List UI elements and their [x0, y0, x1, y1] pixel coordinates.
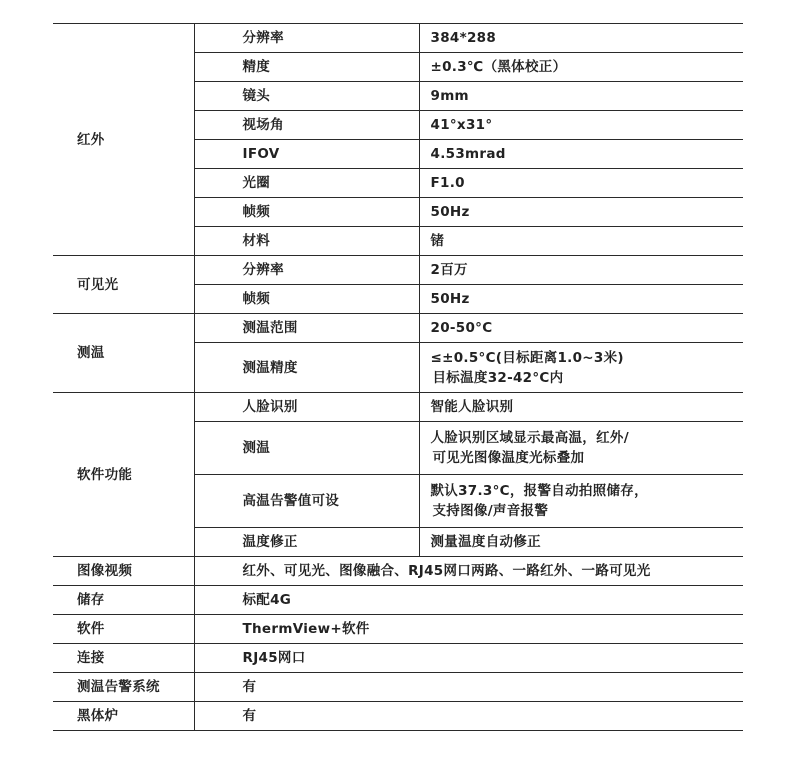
- category-blackbody: 黑体炉: [53, 702, 194, 731]
- table-row: 储存 标配4G: [53, 586, 743, 615]
- param-label: 视场角: [194, 111, 419, 140]
- param-value: 默认37.3°C，报警自动拍照储存， 支持图像/声音报警: [419, 475, 743, 528]
- category-storage: 储存: [53, 586, 194, 615]
- param-label: 精度: [194, 53, 419, 82]
- value-line-2: 可见光图像温度光标叠加: [431, 448, 744, 468]
- table-row: 软件 ThermView+软件: [53, 615, 743, 644]
- param-label: 帧频: [194, 285, 419, 314]
- category-software-features: 软件功能: [53, 393, 194, 557]
- category-temp-alarm-system: 测温告警系统: [53, 673, 194, 702]
- value-line-1: ≤±0.5°C(目标距离1.0~3米): [431, 350, 624, 366]
- param-value: 人脸识别区域显示最高温，红外/ 可见光图像温度光标叠加: [419, 422, 743, 475]
- table-row: 连接 RJ45网口: [53, 644, 743, 673]
- param-label: 材料: [194, 227, 419, 256]
- param-label: 测温: [194, 422, 419, 475]
- param-label: 分辨率: [194, 256, 419, 285]
- table-row: 图像视频 红外、可见光、图像融合、RJ45网口两路、一路红外、一路可见光: [53, 557, 743, 586]
- param-value: 41°x31°: [419, 111, 743, 140]
- param-label: 测温范围: [194, 314, 419, 343]
- param-value: 智能人脸识别: [419, 393, 743, 422]
- param-value: 有: [194, 673, 743, 702]
- param-label: 镜头: [194, 82, 419, 111]
- value-line-1: 默认37.3°C，报警自动拍照储存，: [431, 483, 648, 499]
- param-label: 测温精度: [194, 343, 419, 393]
- param-label: 光圈: [194, 169, 419, 198]
- table-row: 软件功能 人脸识别 智能人脸识别: [53, 393, 743, 422]
- param-label: 温度修正: [194, 528, 419, 557]
- param-value: 50Hz: [419, 285, 743, 314]
- param-value: RJ45网口: [194, 644, 743, 673]
- param-label: 高温告警值可设: [194, 475, 419, 528]
- category-visible-light: 可见光: [53, 256, 194, 314]
- param-label: 分辨率: [194, 24, 419, 53]
- table-row: 测温告警系统 有: [53, 673, 743, 702]
- param-value: 红外、可见光、图像融合、RJ45网口两路、一路红外、一路可见光: [194, 557, 743, 586]
- param-value: 锗: [419, 227, 743, 256]
- param-value: 9mm: [419, 82, 743, 111]
- table-row: 测温 测温范围 20-50°C: [53, 314, 743, 343]
- param-value: 20-50°C: [419, 314, 743, 343]
- table-row: 红外 分辨率 384*288: [53, 24, 743, 53]
- value-line-2: 支持图像/声音报警: [431, 501, 744, 521]
- table-row: 可见光 分辨率 2百万: [53, 256, 743, 285]
- value-line-2: 目标温度32-42°C内: [431, 368, 744, 388]
- category-connection: 连接: [53, 644, 194, 673]
- param-value: 2百万: [419, 256, 743, 285]
- param-value: ±0.3℃（黑体校正）: [419, 53, 743, 82]
- param-value: 测量温度自动修正: [419, 528, 743, 557]
- param-label: 人脸识别: [194, 393, 419, 422]
- param-value: 4.53mrad: [419, 140, 743, 169]
- param-value: 标配4G: [194, 586, 743, 615]
- table-row: 黑体炉 有: [53, 702, 743, 731]
- param-value: 50Hz: [419, 198, 743, 227]
- category-software: 软件: [53, 615, 194, 644]
- value-line-1: 人脸识别区域显示最高温，红外/: [431, 430, 629, 446]
- spec-table: 红外 分辨率 384*288 精度 ±0.3℃（黑体校正） 镜头 9mm 视场角…: [53, 23, 743, 731]
- category-image-video: 图像视频: [53, 557, 194, 586]
- param-label: IFOV: [194, 140, 419, 169]
- category-infrared: 红外: [53, 24, 194, 256]
- param-value: F1.0: [419, 169, 743, 198]
- category-temperature-measurement: 测温: [53, 314, 194, 393]
- param-label: 帧频: [194, 198, 419, 227]
- param-value: 有: [194, 702, 743, 731]
- param-value: ThermView+软件: [194, 615, 743, 644]
- param-value: 384*288: [419, 24, 743, 53]
- param-value: ≤±0.5°C(目标距离1.0~3米) 目标温度32-42°C内: [419, 343, 743, 393]
